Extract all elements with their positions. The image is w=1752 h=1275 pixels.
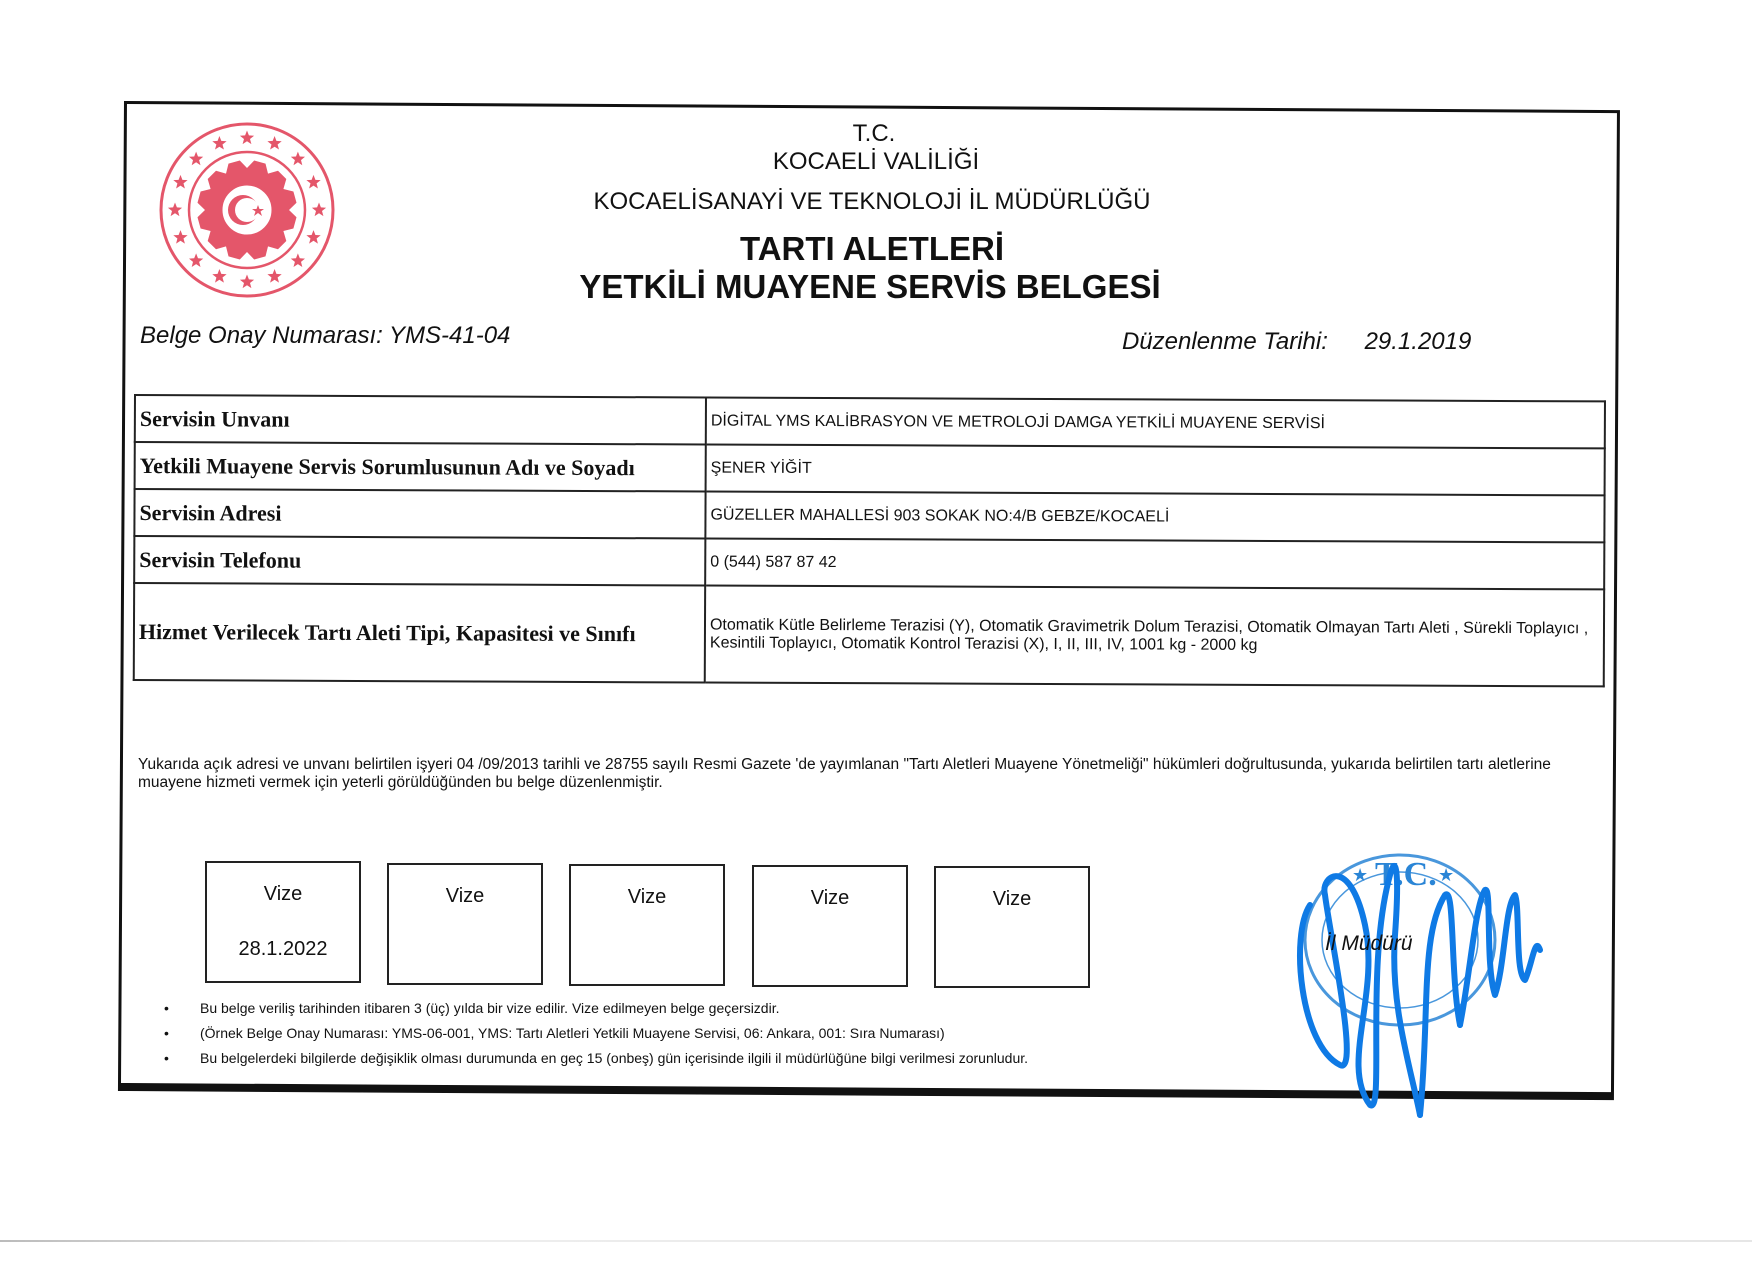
vize-label: Vize (207, 883, 359, 906)
table-row: Servisin Telefonu 0 (544) 587 87 42 (134, 536, 1604, 589)
row-value: DİGİTAL YMS KALİBRASYON VE METROLOJİ DAM… (706, 397, 1605, 448)
signature-title: İl Müdürü (1325, 932, 1413, 956)
row-value: 0 (544) 587 87 42 (705, 538, 1604, 589)
duzenlenme-value: 29.1.2019 (1365, 328, 1472, 355)
vize-date: 28.1.2022 (207, 938, 359, 961)
duzenlenme-label: Düzenlenme Tarihi: (1122, 328, 1328, 355)
scan-artifact-line (0, 1240, 1752, 1242)
belge-onay-value: YMS-41-04 (389, 322, 510, 349)
vize-box: Vize (752, 865, 908, 987)
row-value: GÜZELLER MAHALLESİ 903 SOKAK NO:4/B GEBZ… (705, 491, 1604, 542)
row-label: Yetkili Muayene Servis Sorumlusunun Adı … (135, 442, 706, 491)
table-row: Hizmet Verilecek Tartı Aleti Tipi, Kapas… (134, 583, 1604, 686)
vize-box: Vize 28.1.2022 (205, 861, 361, 983)
document-title-line1: TARTI ALETLERİ (0, 230, 1748, 268)
vize-label: Vize (754, 887, 906, 910)
row-label: Servisin Telefonu (134, 536, 705, 585)
vize-box: Vize (934, 866, 1090, 988)
legal-statement: Yukarıda açık adresi ve unvanı belirtile… (138, 756, 1588, 792)
note-item: (Örnek Belge Onay Numarası: YMS-06-001, … (160, 1021, 1028, 1046)
vize-box: Vize (387, 863, 543, 985)
document-title-line2: YETKİLİ MUAYENE SERVİS BELGESİ (0, 268, 1746, 306)
vize-label: Vize (936, 888, 1088, 911)
row-label: Hizmet Verilecek Tartı Aleti Tipi, Kapas… (134, 583, 705, 682)
header-mudurluk: KOCAELİSANAYİ VE TEKNOLOJİ İL MÜDÜRLÜĞÜ (0, 188, 1748, 216)
svg-text:★: ★ (1352, 865, 1368, 885)
table-row: Yetkili Muayene Servis Sorumlusunun Adı … (135, 442, 1605, 495)
note-item: Bu belgelerdeki bilgilerde değişiklik ol… (160, 1046, 1028, 1071)
note-item: Bu belge veriliş tarihinden itibaren 3 (… (160, 996, 1028, 1021)
belge-onay-numarasi: Belge Onay Numarası: YMS-41-04 (140, 322, 510, 350)
official-stamp-signature-icon: T.C. ★ ★ (1270, 815, 1570, 1135)
row-value: ŞENER YİĞİT (706, 444, 1605, 495)
row-value: Otomatik Kütle Belirleme Terazisi (Y), O… (705, 585, 1604, 686)
row-label: Servisin Adresi (134, 489, 705, 538)
svg-text:★: ★ (1438, 865, 1454, 885)
vize-label: Vize (571, 886, 723, 909)
row-label: Servisin Unvanı (135, 395, 706, 444)
service-info-table: Servisin Unvanı DİGİTAL YMS KALİBRASYON … (133, 394, 1606, 687)
vize-box: Vize (569, 864, 725, 986)
header-valilik: KOCAELİ VALİLİĞİ (0, 148, 1752, 176)
table-row: Servisin Adresi GÜZELLER MAHALLESİ 903 S… (134, 489, 1604, 542)
belge-onay-label: Belge Onay Numarası: (140, 322, 383, 349)
header-tc: T.C. (0, 120, 1750, 148)
vize-label: Vize (389, 885, 541, 908)
table-row: Servisin Unvanı DİGİTAL YMS KALİBRASYON … (135, 395, 1605, 448)
duzenlenme-tarihi: Düzenlenme Tarihi: 29.1.2019 (1122, 328, 1471, 356)
notes-list: Bu belge veriliş tarihinden itibaren 3 (… (160, 996, 1028, 1071)
